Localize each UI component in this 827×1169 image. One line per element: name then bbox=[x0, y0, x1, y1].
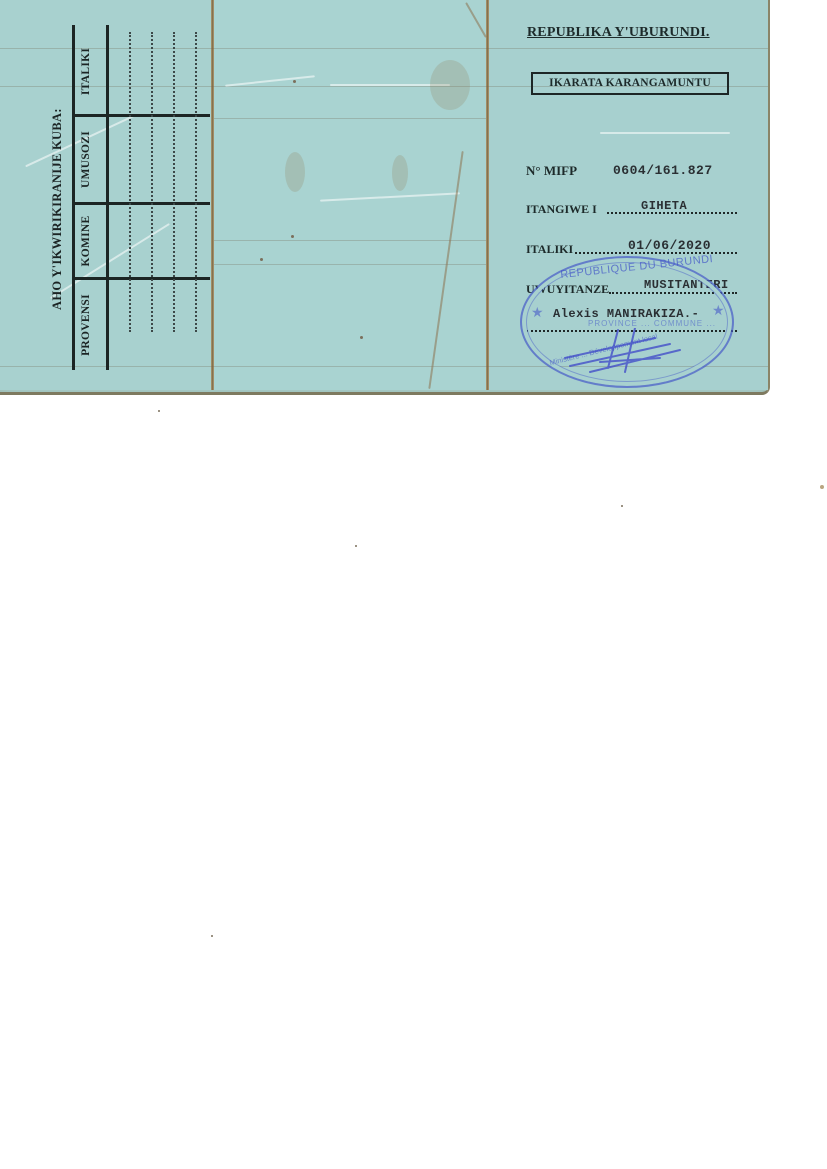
crease bbox=[214, 240, 486, 241]
republic-title: REPUBLIKA Y'UBURUNDI. bbox=[527, 25, 710, 41]
field-label: UWUYITANZE bbox=[526, 282, 609, 297]
scan-speck bbox=[158, 410, 160, 412]
identity-card: AHO Y'IKWIRIKIRANIJE KUBA: PROVENSI KOMI… bbox=[0, 0, 770, 395]
signature-icon bbox=[560, 328, 720, 378]
scan-speck bbox=[621, 505, 623, 507]
field-mifp-value: 0604/161.827 bbox=[613, 163, 713, 178]
speck bbox=[291, 235, 294, 238]
table-row bbox=[129, 32, 131, 332]
field-label: ITANGIWE I bbox=[526, 202, 597, 217]
stain bbox=[285, 152, 305, 192]
table-row bbox=[173, 32, 175, 332]
column-header-komine: KOMINE bbox=[80, 205, 92, 277]
field-label: N° MIFP bbox=[526, 163, 577, 179]
field-label: ITALIKI bbox=[526, 242, 573, 257]
fold-line bbox=[486, 0, 489, 390]
column-header-provensi: PROVENSI bbox=[80, 280, 92, 370]
table-rule bbox=[106, 25, 109, 370]
dotted-line bbox=[609, 292, 737, 294]
scan-speck bbox=[211, 935, 213, 937]
star-icon: ★ bbox=[712, 303, 725, 320]
star-icon: ★ bbox=[531, 305, 544, 322]
field-issuer-value: MUSITANTERI bbox=[644, 278, 729, 292]
column-header-umusozi: UMUSOZI bbox=[80, 117, 92, 202]
residence-history-table-container: AHO Y'IKWIRIKIRANIJE KUBA: PROVENSI KOMI… bbox=[0, 0, 212, 390]
residence-history-table: PROVENSI KOMINE UMUSOZI ITALIKI bbox=[72, 25, 210, 370]
crease bbox=[214, 118, 486, 119]
stain bbox=[430, 60, 470, 110]
field-date-label: ITALIKI bbox=[526, 242, 573, 257]
scuff-mark bbox=[600, 132, 730, 134]
stain bbox=[392, 155, 408, 191]
table-divider bbox=[72, 114, 210, 117]
table-divider bbox=[72, 277, 210, 280]
field-date-value: 01/06/2020 bbox=[628, 238, 711, 253]
card-type-label: IKARATA KARANGAMUNTU bbox=[531, 72, 729, 95]
table-row bbox=[195, 32, 197, 332]
speck bbox=[293, 80, 296, 83]
table-divider bbox=[72, 202, 210, 205]
field-issued-at-value: GIHETA bbox=[641, 199, 687, 213]
field-issuer-label: UWUYITANZE bbox=[526, 282, 609, 297]
speck bbox=[360, 336, 363, 339]
scan-speck bbox=[820, 485, 824, 489]
speck bbox=[260, 258, 263, 261]
residence-history-title: AHO Y'IKWIRIKIRANIJE KUBA: bbox=[50, 50, 65, 310]
field-mifp-label: N° MIFP bbox=[526, 163, 577, 179]
scan-speck bbox=[355, 545, 357, 547]
stamp-middle-text: PROVINCE ... COMMUNE ... bbox=[588, 319, 716, 328]
table-row bbox=[151, 32, 153, 332]
column-header-italiki: ITALIKI bbox=[80, 29, 92, 114]
field-issued-at-label: ITANGIWE I bbox=[526, 202, 597, 217]
table-rule bbox=[72, 25, 75, 370]
